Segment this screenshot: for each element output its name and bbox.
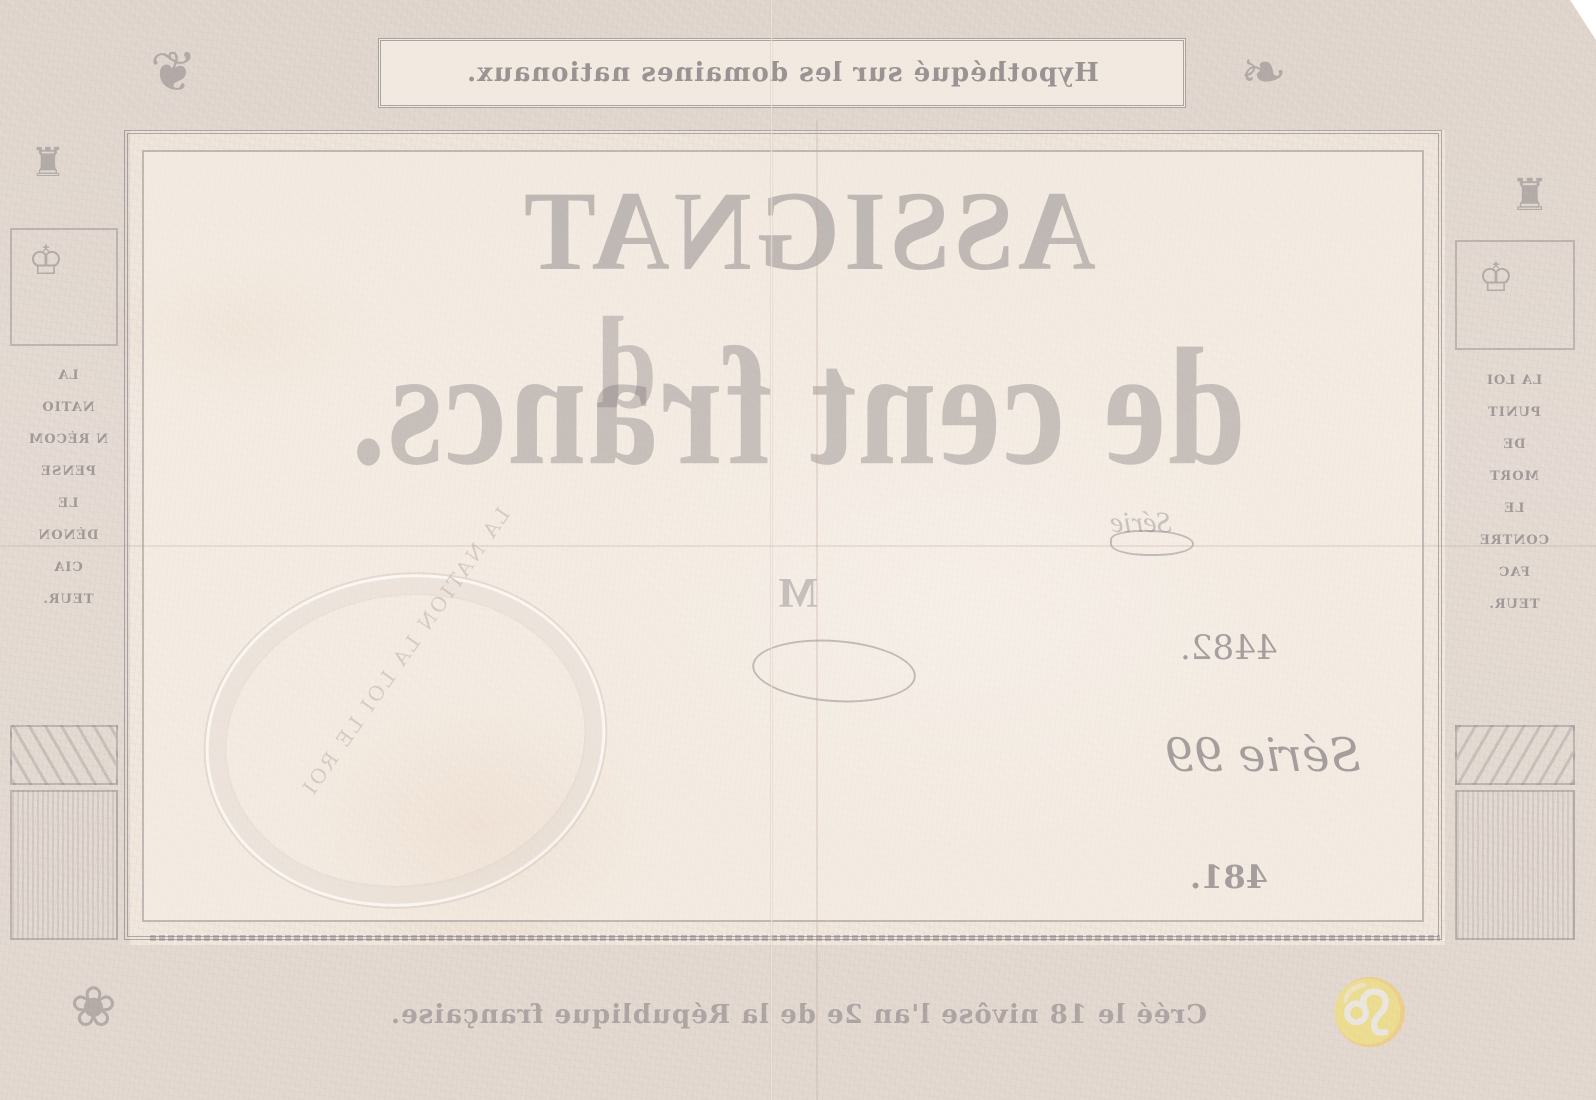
control-number-text: 481. [1190,858,1268,896]
control-number: 481. [1190,858,1268,896]
headline-text: ASSIGNAT [520,175,1096,288]
serial-number-text: 4482. [1180,628,1277,668]
series-number: Série 99 [1165,728,1361,782]
allegorical-figure-icon: ❦ [150,40,197,105]
left-column-panel [10,790,118,940]
left-hatch-panel [10,725,118,785]
side-text: CIA [18,552,118,584]
banknote: ❦ ❧ ♜ ♜ Hypothéqué sur les domaines nati… [0,0,1596,1100]
bottom-ornamental-rule [150,935,1440,941]
signature-mark: M [778,570,818,618]
title-box: Hypothéqué sur les domaines nationaux. [378,38,1186,108]
side-text: LE [18,488,118,520]
allegorical-figure-icon: ❧ [1240,40,1287,105]
fold-crease [816,120,818,1100]
fold-crease [0,545,1596,547]
cockerel-icon: ❀ [70,975,117,1040]
side-text: TEUR. [1458,589,1570,621]
side-text: CONTRE [1458,525,1570,557]
side-text: TEUR. [18,584,118,616]
headline-denomination: de cent francs. [0,338,1596,478]
title-text: Hypothéqué sur les domaines nationaux. [466,58,1099,88]
signature-flourish [1110,530,1194,556]
serial-number: 4482. [1180,628,1277,668]
headline-assignat: ASSIGNAT [0,178,1596,286]
creation-text: Créé le 18 nivôse l'an 2e de la Républiq… [390,1000,1207,1030]
right-hatch-panel [1455,725,1575,785]
series-number-text: Série 99 [1165,728,1361,782]
side-text: DÉNON [18,520,118,552]
side-text: FAC [1458,557,1570,589]
denomination-text: de cent francs. [349,324,1246,492]
fold-crease [770,0,773,1100]
lion-icon: ♌ [1330,975,1410,1050]
right-column-panel [1455,790,1575,940]
torn-corner [1570,0,1596,40]
side-text: LE [1458,493,1570,525]
